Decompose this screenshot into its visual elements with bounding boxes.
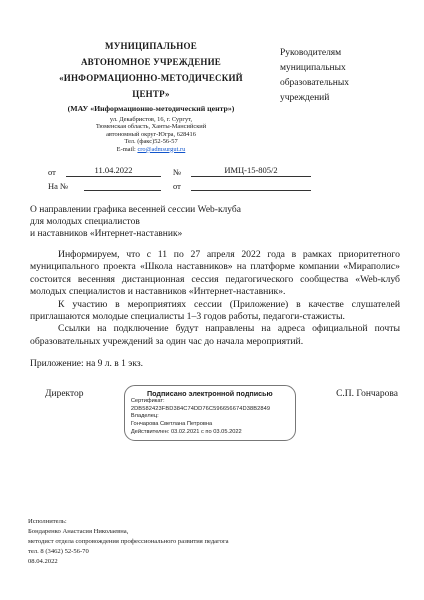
org-name-line: ЦЕНТР»: [30, 86, 272, 102]
executor-label: Исполнитель:: [28, 517, 229, 527]
reference-block: от 11.04.2022 № ИМЦ-15-805/2 На № от: [30, 163, 400, 191]
letter-number-field: ИМЦ-15-805/2: [191, 165, 311, 177]
from-label: от: [48, 167, 66, 177]
org-short-name: (МАУ «Информационно-методический центр»): [30, 104, 272, 114]
reference-row-outgoing: от 11.04.2022 № ИМЦ-15-805/2: [48, 163, 400, 177]
executor-block: Исполнитель: Бондаренко Анастасия Никола…: [28, 517, 229, 567]
signer-position: Директор: [45, 385, 84, 399]
org-name-line: АВТОНОМНОЕ УЧРЕЖДЕНИЕ: [30, 54, 272, 70]
reply-date-field: [191, 179, 311, 191]
body-paragraph: К участию в мероприятиях сессии (Приложе…: [30, 299, 400, 324]
subject-block: О направлении графика весенней сессии We…: [30, 204, 400, 240]
org-address-line: автономный округ-Югра, 628416: [30, 131, 272, 138]
body-paragraph: Ссылки на подключение будут направлены н…: [30, 323, 400, 348]
subject-line: для молодых специалистов: [30, 216, 400, 228]
reply-from-label: от: [173, 181, 191, 191]
reference-row-reply: На № от: [48, 177, 400, 191]
digital-signature-stamp: Подписано электронной подписью Сертифика…: [124, 385, 296, 441]
letter-body: Информируем, что с 11 по 27 апреля 2022 …: [30, 249, 400, 348]
letter-page: МУНИЦИПАЛЬНОЕ АВТОНОМНОЕ УЧРЕЖДЕНИЕ «ИНФ…: [0, 0, 424, 600]
email-link[interactable]: cro@admsurgut.ru: [137, 146, 185, 153]
email-label: E-mail:: [117, 146, 138, 153]
stamp-title: Подписано электронной подписью: [131, 389, 289, 398]
executor-date: 08.04.2022: [28, 557, 229, 567]
reply-number-label: На №: [48, 181, 84, 191]
executor-title: методист отдела сопровождения профессион…: [28, 537, 229, 547]
reply-number-field: [84, 179, 161, 191]
number-label: №: [173, 167, 191, 177]
stamp-certificate-value: 2DB582423FBD384C74DD76C596656674D38B2849: [131, 406, 289, 414]
signer-name: С.П. Гончарова: [336, 385, 398, 399]
stamp-owner-label: Владелец:: [131, 413, 289, 421]
letter-header: МУНИЦИПАЛЬНОЕ АВТОНОМНОЕ УЧРЕЖДЕНИЕ «ИНФ…: [30, 38, 400, 153]
org-phone-line: Тел. (факс)52-56-57: [30, 138, 272, 145]
stamp-certificate-label: Сертификат:: [131, 398, 289, 406]
stamp-validity: Действителен: 03.02.2021 с по 03.05.2022: [131, 429, 289, 437]
body-paragraph: Информируем, что с 11 по 27 апреля 2022 …: [30, 249, 400, 299]
executor-phone: тел. 8 (3462) 52-56-70: [28, 547, 229, 557]
subject-line: О направлении графика весенней сессии We…: [30, 204, 400, 216]
letter-date-field: 11.04.2022: [66, 165, 161, 177]
org-address-line: ул. Декабристов, 16, г. Сургут,: [30, 116, 272, 123]
subject-line: и наставников «Интернет-наставник»: [30, 228, 400, 240]
org-address-line: Тюменская область, Ханты-Мансийский: [30, 123, 272, 130]
org-email-line: E-mail: cro@admsurgut.ru: [30, 146, 272, 153]
recipient-block: Руководителям муниципальных образователь…: [280, 38, 400, 153]
executor-name: Бондаренко Анастасия Николаевна,: [28, 527, 229, 537]
org-name-line: МУНИЦИПАЛЬНОЕ: [30, 38, 272, 54]
stamp-owner-value: Гончарова Светлана Петровна: [131, 421, 289, 429]
org-name-line: «ИНФОРМАЦИОННО-МЕТОДИЧЕСКИЙ: [30, 70, 272, 86]
org-block: МУНИЦИПАЛЬНОЕ АВТОНОМНОЕ УЧРЕЖДЕНИЕ «ИНФ…: [30, 38, 272, 153]
signature-row: Директор Подписано электронной подписью …: [30, 385, 400, 441]
attachment-line: Приложение: на 9 л. в 1 экз.: [30, 359, 400, 369]
